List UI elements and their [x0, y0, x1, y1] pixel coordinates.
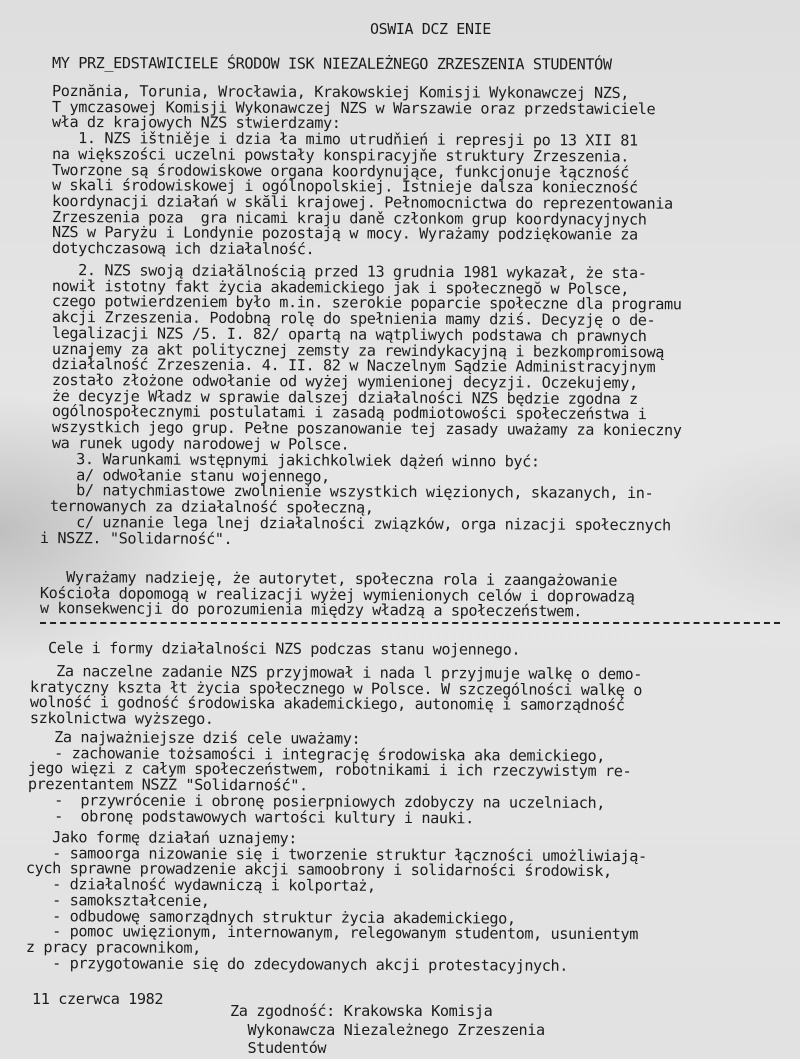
document-heading: MY PRZ_EDSTAWICIELE ŚRODOW ISK NIEZALEŻN… — [52, 56, 612, 73]
signature-line: Wykonawcza Niezależnego Zrzeszenia — [230, 1023, 545, 1038]
document-title: OSWIA DCZ ENIE — [370, 22, 491, 37]
point-3-line: i NSZZ. "Solidarność". — [40, 531, 232, 547]
forms-line: - przygotowanie się do zdecydowanych akc… — [26, 956, 568, 974]
section-title: Cele i formy działalności NZS podczas st… — [48, 641, 520, 658]
signature-line: Za zgodność: Krakowska Komisja — [230, 1004, 492, 1019]
point-1-line: dotychczasową ich działalność. — [52, 241, 314, 257]
document-date: 11 czerwca 1982 — [32, 992, 163, 1007]
section-intro-line: szkolnictwa wyższego. — [30, 711, 214, 727]
signature-line: Studentów — [230, 1041, 326, 1056]
goals-line: - obronę podstawowych wartości kultury i… — [28, 809, 474, 827]
closing-hope-line: w konsekwencji do porozumienia między wł… — [40, 601, 582, 620]
scanned-document-page: OSWIA DCZ ENIEMY PRZ_EDSTAWICIELE ŚRODOW… — [0, 0, 800, 1059]
section-divider — [40, 622, 780, 624]
